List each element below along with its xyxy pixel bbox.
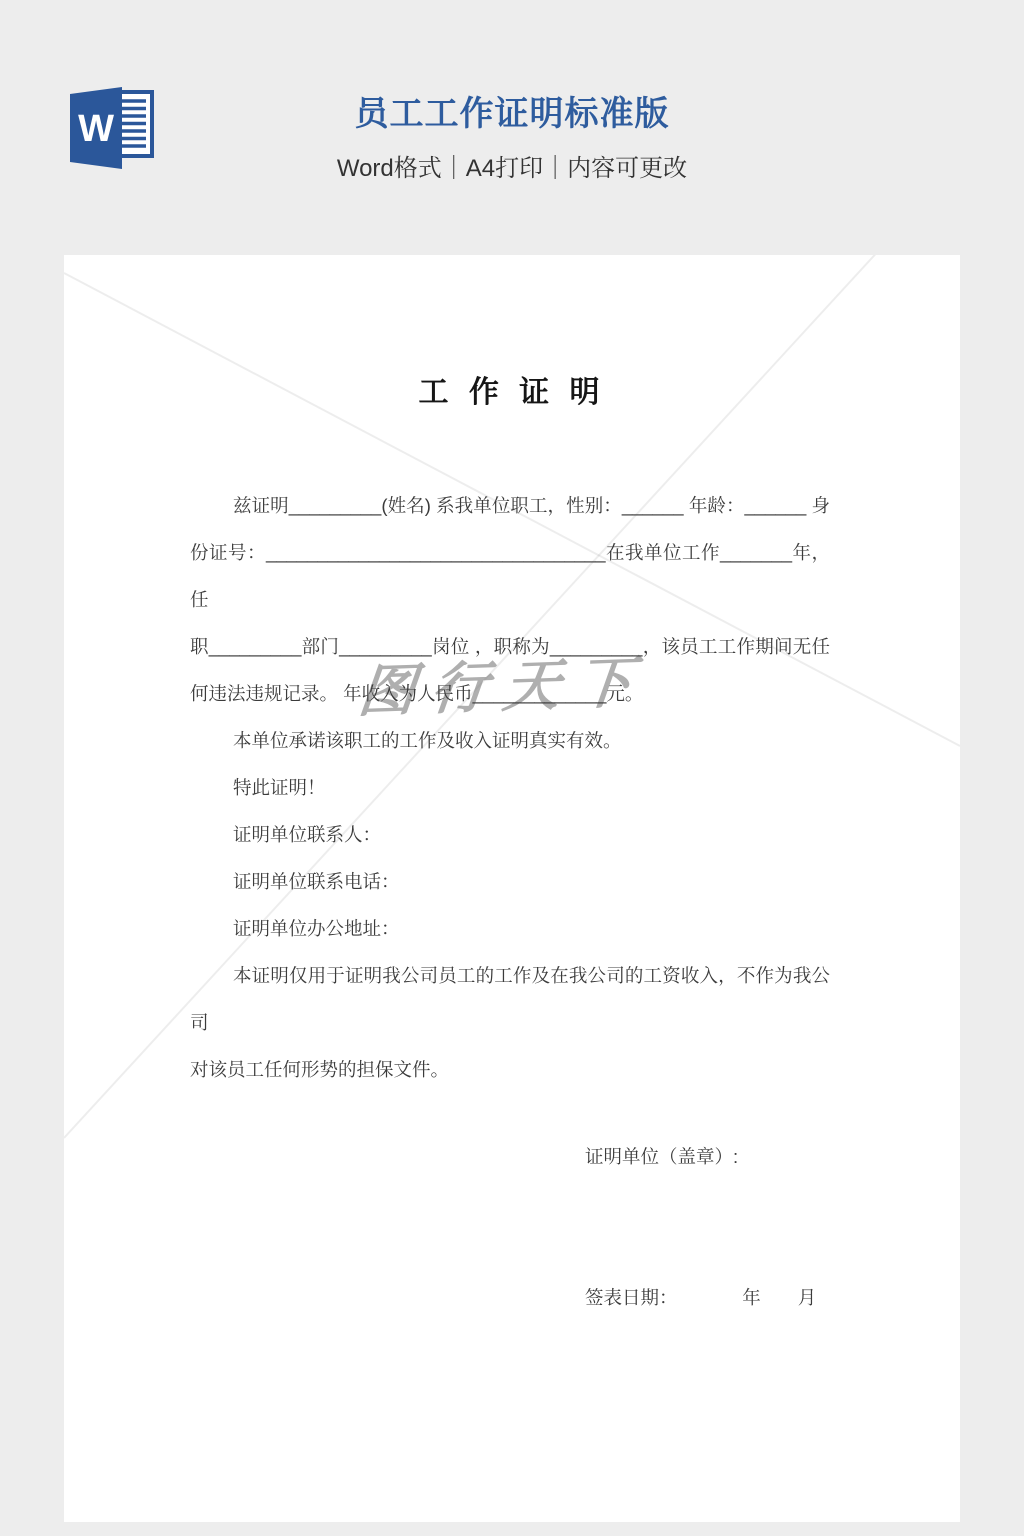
body-line: 证明单位联系电话： <box>190 858 830 905</box>
body-line: 职_________部门_________岗位 ，职称为_________，该员… <box>190 623 830 670</box>
body-line: 证明单位办公地址： <box>190 905 830 952</box>
template-preview-screen: W 员工工作证明标准版 Word格式｜A4打印｜内容可更改 图行天下 工 作 证… <box>0 0 1024 1536</box>
page-title: 员工工作证明标准版 <box>0 92 1024 136</box>
document-title: 工 作 证 明 <box>64 373 960 413</box>
document-page: 图行天下 工 作 证 明 兹证明_________(姓名) 系我单位职工，性别：… <box>64 255 960 1522</box>
body-line: 兹证明_________(姓名) 系我单位职工，性别：______ 年龄：___… <box>190 482 830 529</box>
page-subtitle: Word格式｜A4打印｜内容可更改 <box>0 152 1024 186</box>
body-line: 何违法违规记录。 年收入为人民币_____________元。 <box>190 670 830 717</box>
document-body: 兹证明_________(姓名) 系我单位职工，性别：______ 年龄：___… <box>190 482 830 1093</box>
body-line: 本单位承诺该职工的工作及收入证明真实有效。 <box>190 717 830 764</box>
body-line: 本证明仅用于证明我公司员工的工作及在我公司的工资收入，不作为我公司 <box>190 952 830 1046</box>
signature-unit-line: 证明单位（盖章）: <box>585 1133 816 1180</box>
signature-block: 证明单位（盖章）: 签表日期： 年 月 <box>585 1039 816 1415</box>
body-line: 份证号：_________________________________在我单… <box>190 529 830 623</box>
body-line: 证明单位联系人： <box>190 811 830 858</box>
body-line: 特此证明！ <box>190 764 830 811</box>
signature-date-line: 签表日期： 年 月 <box>585 1274 816 1321</box>
